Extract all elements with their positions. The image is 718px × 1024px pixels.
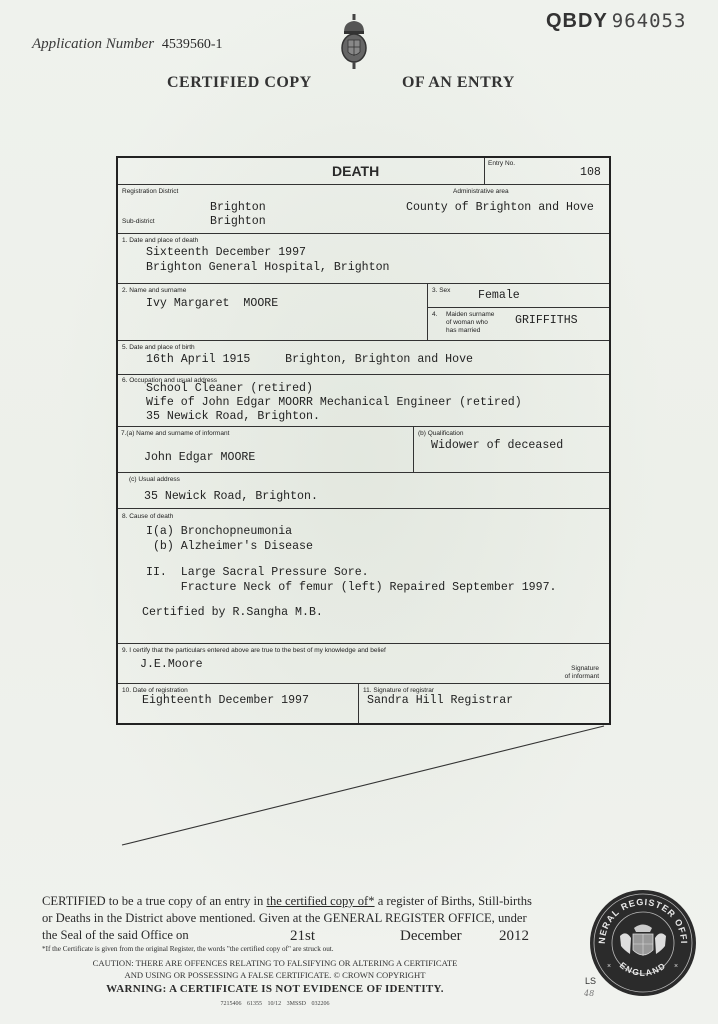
handwritten-mark: 48 xyxy=(584,989,594,998)
sub-district-label: Sub-district xyxy=(122,218,155,225)
royal-crest-icon xyxy=(339,12,369,72)
identity-warning: WARNING: A CERTIFICATE IS NOT EVIDENCE O… xyxy=(60,983,490,995)
name-surname-label: 2. Name and surname xyxy=(122,287,186,294)
registration-row: 10. Date of registration Eighteenth Dece… xyxy=(118,684,609,723)
caution-line-1: CAUTION: THERE ARE OFFENCES RELATING TO … xyxy=(60,958,490,968)
informant-address-label: (c) Usual address xyxy=(129,476,180,483)
title-of-an-entry: OF AN ENTRY xyxy=(402,74,515,92)
cause-of-death-label: 8. Cause of death xyxy=(122,513,173,520)
date-place-of-death-label: 1. Date and place of death xyxy=(122,237,198,244)
sex-value: Female xyxy=(478,289,520,302)
cause-line-1b: (b) Alzheimer's Disease xyxy=(146,540,313,553)
informant-address-value: 35 Newick Road, Brighton. xyxy=(144,490,318,503)
certify-text-underlined: the certified copy of* xyxy=(266,894,374,908)
maiden-surname-label-1: Maiden surname xyxy=(446,311,494,318)
form-title: DEATH xyxy=(332,163,379,179)
administrative-area-value: County of Brighton and Hove xyxy=(406,201,594,214)
occupation-line-3: 35 Newick Road, Brighton. xyxy=(146,410,320,423)
informant-address-row: (c) Usual address 35 Newick Road, Bright… xyxy=(118,473,609,509)
signature-label-2: of informant xyxy=(565,673,599,680)
sex-label: 3. Sex xyxy=(432,287,450,294)
occupation-line-1: School Cleaner (retired) xyxy=(146,382,313,395)
date-place-of-birth-value: 16th April 1915 Brighton, Brighton and H… xyxy=(146,353,473,366)
cause-line-2-cont: Fracture Neck of femur (left) Repaired S… xyxy=(146,581,557,594)
initials: LS xyxy=(585,976,596,986)
entry-number-value: 108 xyxy=(580,166,601,179)
informant-signature-value: J.E.Moore xyxy=(140,658,203,671)
signature-label-1: Signature xyxy=(571,665,599,672)
maiden-surname-label-3: has married xyxy=(446,327,480,334)
informant-name-label: 7.(a) Name and surname of informant xyxy=(121,430,229,437)
sex-maiden-cell: 3. Sex Female 4. Maiden surname of woman… xyxy=(427,284,609,340)
serial-digits: 964053 xyxy=(612,10,687,32)
occupation-line-2: Wife of John Edgar MOORR Mechanical Engi… xyxy=(146,396,522,409)
caution-line-2: AND USING OR POSSESSING A FALSE CERTIFIC… xyxy=(60,970,490,980)
date-place-of-birth-row: 5. Date and place of birth 16th April 19… xyxy=(118,341,609,375)
administrative-area-label: Administrative area xyxy=(453,188,509,195)
occupation-address-row: 6. Occupation and usual address School C… xyxy=(118,375,609,427)
registrar-cell: 11. Signature of registrar Sandra Hill R… xyxy=(358,684,609,723)
date-place-of-birth-label: 5. Date and place of birth xyxy=(122,344,195,351)
footnote: *If the Certificate is given from the or… xyxy=(42,945,334,953)
name-surname-value: Ivy Margaret MOORE xyxy=(146,297,278,310)
print-codes: 7215406 61355 10/12 3MSSD 032206 xyxy=(60,1001,490,1007)
serial-number: QBDY964053 xyxy=(546,10,686,33)
svg-text:×: × xyxy=(674,963,678,970)
serial-prefix: QBDY xyxy=(546,10,608,32)
general-register-office-seal-icon: GENERAL REGISTER OFFICE ENGLAND × × xyxy=(588,888,698,998)
maiden-surname-value: GRIFFITHS xyxy=(515,314,578,327)
maiden-surname-label-2: of woman who xyxy=(446,319,488,326)
cause-of-death-row: 8. Cause of death I(a) Bronchopneumonia … xyxy=(118,509,609,644)
place-of-death-value: Brighton General Hospital, Brighton xyxy=(146,261,390,274)
date-place-of-death-row: 1. Date and place of death Sixteenth Dec… xyxy=(118,234,609,284)
informant-row: 7.(a) Name and surname of informant John… xyxy=(118,427,609,473)
date-of-death-value: Sixteenth December 1997 xyxy=(146,246,306,259)
entry-number-cell: Entry No. 108 xyxy=(484,158,609,184)
application-number: Application Number 4539560-1 xyxy=(32,36,223,53)
certify-text-part1: CERTIFIED to be a true copy of an entry … xyxy=(42,894,266,908)
qualification-cell: (b) Qualification Widower of deceased xyxy=(413,427,609,472)
informant-signature-row: 9. I certify that the particulars entere… xyxy=(118,644,609,684)
cause-line-1a: I(a) Bronchopneumonia xyxy=(146,525,292,538)
sex-cell: 3. Sex Female xyxy=(428,284,609,308)
entry-number-label: Entry No. xyxy=(488,160,515,167)
qualification-label: (b) Qualification xyxy=(418,430,464,437)
registration-date-value: Eighteenth December 1997 xyxy=(142,694,309,707)
name-sex-maiden-row: 2. Name and surname Ivy Margaret MOORE 3… xyxy=(118,284,609,341)
informant-name-value: John Edgar MOORE xyxy=(144,451,255,464)
registration-district-row: Registration District Brighton Administr… xyxy=(118,185,609,234)
title-certified-copy: CERTIFIED COPY xyxy=(167,74,312,92)
form-title-row: DEATH Entry No. 108 xyxy=(118,158,609,185)
sub-district-value: Brighton xyxy=(210,215,266,228)
qualification-value: Widower of deceased xyxy=(431,439,563,452)
registration-district-label: Registration District xyxy=(122,188,178,195)
certified-by: Certified by R.Sangha M.B. xyxy=(142,606,323,619)
certify-statement-label: 9. I certify that the particulars entere… xyxy=(122,647,386,654)
application-number-label: Application Number xyxy=(32,36,154,52)
application-number-value: 4539560-1 xyxy=(162,37,223,52)
issue-month: December xyxy=(400,928,462,945)
svg-text:×: × xyxy=(607,963,611,970)
registration-district-value: Brighton xyxy=(210,201,266,214)
registrar-signature-label: 11. Signature of registrar xyxy=(363,687,434,694)
cause-line-2: II. Large Sacral Pressure Sore. xyxy=(146,566,369,579)
death-entry-form: DEATH Entry No. 108 Registration Distric… xyxy=(116,156,611,725)
issue-day: 21st xyxy=(290,928,315,945)
registration-date-label: 10. Date of registration xyxy=(122,687,188,694)
maiden-surname-label-num: 4. xyxy=(432,311,437,318)
registrar-signature-value: Sandra Hill Registrar xyxy=(367,694,513,707)
issue-year: 2012 xyxy=(499,928,529,945)
